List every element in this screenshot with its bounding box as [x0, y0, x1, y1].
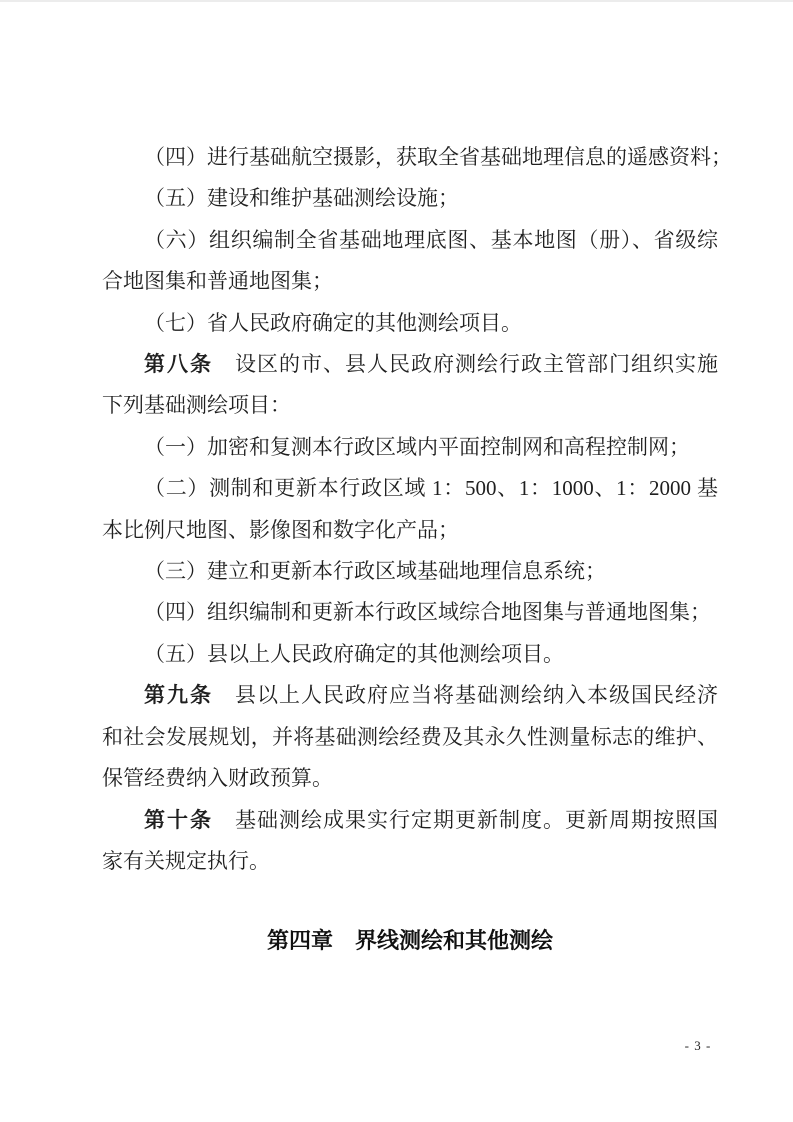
- text-line: 第九条 县以上人民政府应当将基础测绘纳入本级国民经济: [102, 675, 718, 716]
- document-page: （四）进行基础航空摄影，获取全省基础地理信息的遥感资料；（五）建设和维护基础测绘…: [0, 0, 793, 1122]
- paragraph: （五）建设和维护基础测绘设施；: [102, 178, 718, 219]
- article-text: 基础测绘成果实行定期更新制度。更新周期按照国: [213, 808, 718, 832]
- paragraph: （四）进行基础航空摄影，获取全省基础地理信息的遥感资料；: [102, 137, 718, 178]
- text-line: （五）建设和维护基础测绘设施；: [102, 178, 718, 219]
- article-text: 设区的市、县人民政府测绘行政主管部门组织实施: [213, 352, 718, 376]
- paragraph: （六）组织编制全省基础地理底图、基本地图（册）、省级综合地图集和普通地图集；: [102, 220, 718, 303]
- paragraph: 第八条 设区的市、县人民政府测绘行政主管部门组织实施下列基础测绘项目：: [102, 344, 718, 427]
- page-number: - 3 -: [668, 1038, 728, 1054]
- paragraph: （二）测制和更新本行政区域 1：500、1：1000、1：2000 基本比例尺地…: [102, 468, 718, 551]
- paragraph: （五）县以上人民政府确定的其他测绘项目。: [102, 634, 718, 675]
- page-top-edge: [0, 0, 793, 2]
- paragraph: 第十条 基础测绘成果实行定期更新制度。更新周期按照国家有关规定执行。: [102, 800, 718, 883]
- document-body: （四）进行基础航空摄影，获取全省基础地理信息的遥感资料；（五）建设和维护基础测绘…: [102, 137, 718, 962]
- text-line: （一）加密和复测本行政区域内平面控制网和高程控制网；: [102, 427, 718, 468]
- paragraphs-container: （四）进行基础航空摄影，获取全省基础地理信息的遥感资料；（五）建设和维护基础测绘…: [102, 137, 718, 882]
- text-line: 下列基础测绘项目：: [102, 385, 718, 426]
- paragraph: （七）省人民政府确定的其他测绘项目。: [102, 303, 718, 344]
- paragraph: （一）加密和复测本行政区域内平面控制网和高程控制网；: [102, 427, 718, 468]
- text-line: 第八条 设区的市、县人民政府测绘行政主管部门组织实施: [102, 344, 718, 385]
- text-line: 第十条 基础测绘成果实行定期更新制度。更新周期按照国: [102, 800, 718, 841]
- article-number: 第十条: [144, 809, 213, 832]
- text-line: 本比例尺地图、影像图和数字化产品；: [102, 510, 718, 551]
- text-line: （七）省人民政府确定的其他测绘项目。: [102, 303, 718, 344]
- article-number: 第九条: [144, 684, 213, 707]
- article-text: 县以上人民政府应当将基础测绘纳入本级国民经济: [213, 683, 718, 707]
- paragraph: （三）建立和更新本行政区域基础地理信息系统；: [102, 551, 718, 592]
- text-line: （四）组织编制和更新本行政区域综合地图集与普通地图集；: [102, 592, 718, 633]
- text-line: 保管经费纳入财政预算。: [102, 758, 718, 799]
- text-line: （六）组织编制全省基础地理底图、基本地图（册）、省级综: [102, 220, 718, 261]
- text-line: 和社会发展规划，并将基础测绘经费及其永久性测量标志的维护、: [102, 717, 718, 758]
- text-line: 家有关规定执行。: [102, 841, 718, 882]
- chapter-heading: 第四章 界线测绘和其他测绘: [102, 920, 718, 961]
- article-number: 第八条: [144, 353, 213, 376]
- text-line: （四）进行基础航空摄影，获取全省基础地理信息的遥感资料；: [102, 137, 718, 178]
- text-line: （三）建立和更新本行政区域基础地理信息系统；: [102, 551, 718, 592]
- text-line: 合地图集和普通地图集；: [102, 261, 718, 302]
- paragraph: （四）组织编制和更新本行政区域综合地图集与普通地图集；: [102, 592, 718, 633]
- text-line: （二）测制和更新本行政区域 1：500、1：1000、1：2000 基: [102, 468, 718, 509]
- text-line: （五）县以上人民政府确定的其他测绘项目。: [102, 634, 718, 675]
- paragraph: 第九条 县以上人民政府应当将基础测绘纳入本级国民经济和社会发展规划，并将基础测绘…: [102, 675, 718, 799]
